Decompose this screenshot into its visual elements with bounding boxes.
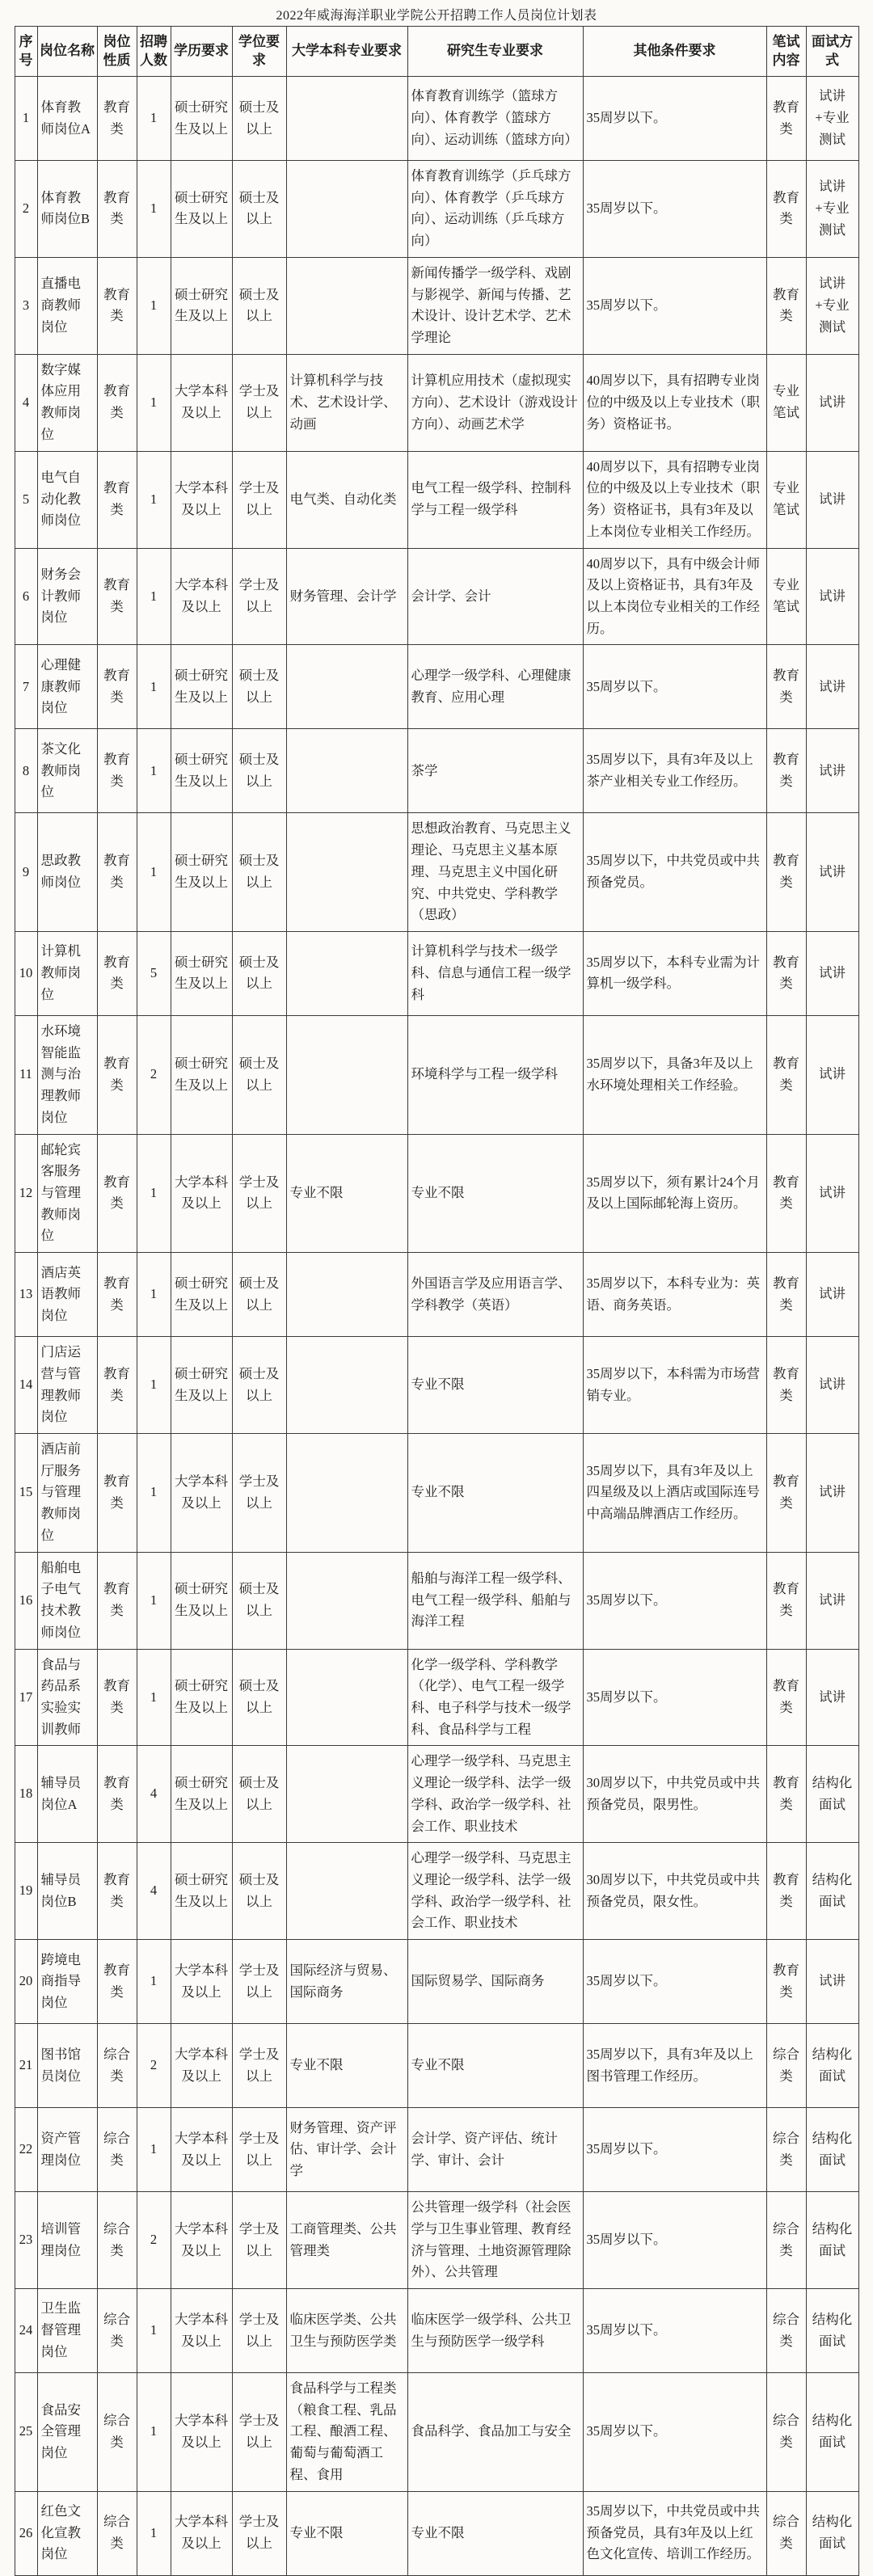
cell-degree: 硕士及以上 <box>232 645 286 729</box>
cell-undergrad: 专业不限 <box>286 2024 407 2108</box>
cell-undergrad <box>286 1552 407 1649</box>
cell-education: 大学本科及以上 <box>171 2373 232 2492</box>
cell-undergrad: 财务管理、资产评估、审计学、会计学 <box>286 2108 407 2192</box>
cell-written: 综合类 <box>766 2024 806 2108</box>
cell-seq: 9 <box>15 813 37 932</box>
column-header-interview: 面试方式 <box>806 27 858 77</box>
table-row: 8茶文化教师岗位教育类1硕士研究生及以上硕士及以上茶学35周岁以下，具有3年及以… <box>15 729 858 813</box>
cell-education: 大学本科及以上 <box>171 2024 232 2108</box>
cell-interview: 结构化面试 <box>806 2491 858 2575</box>
cell-written: 教育类 <box>766 1134 806 1253</box>
cell-degree: 学士及以上 <box>232 1940 286 2024</box>
cell-education: 大学本科及以上 <box>171 1940 232 2024</box>
cell-interview: 试讲 <box>806 1134 858 1253</box>
cell-undergrad: 临床医学类、公共卫生与预防医学类 <box>286 2289 407 2373</box>
cell-name: 门店运营与管理教师岗位 <box>37 1337 97 1434</box>
cell-nature: 教育类 <box>97 77 137 161</box>
cell-count: 2 <box>137 2024 171 2108</box>
cell-nature: 综合类 <box>97 2024 137 2108</box>
column-header-seq: 序号 <box>15 27 37 77</box>
cell-seq: 21 <box>15 2024 37 2108</box>
cell-degree: 学士及以上 <box>232 2373 286 2492</box>
cell-other: 35周岁以下，须有累计24个月及以上国际邮轮海上资历。 <box>583 1134 766 1253</box>
cell-name: 红色文化宣教岗位 <box>37 2491 97 2575</box>
cell-written: 专业笔试 <box>766 354 806 451</box>
cell-seq: 15 <box>15 1434 37 1553</box>
cell-name: 卫生监督管理岗位 <box>37 2289 97 2373</box>
column-header-nature: 岗位性质 <box>97 27 137 77</box>
cell-name: 财务会计教师岗位 <box>37 548 97 645</box>
cell-count: 4 <box>137 1843 171 1940</box>
cell-count: 1 <box>137 2373 171 2492</box>
cell-nature: 综合类 <box>97 2373 137 2492</box>
cell-graduate: 化学一级学科、学科教学（化学）、电气工程一级学科、电子科学与技术一级学科、食品科… <box>407 1649 583 1746</box>
cell-other: 35周岁以下。 <box>583 2192 766 2289</box>
cell-nature: 教育类 <box>97 1134 137 1253</box>
cell-interview: 试讲+专业测试 <box>806 161 858 258</box>
cell-seq: 7 <box>15 645 37 729</box>
cell-interview: 结构化面试 <box>806 2024 858 2108</box>
cell-nature: 教育类 <box>97 1337 137 1434</box>
cell-graduate: 专业不限 <box>407 2024 583 2108</box>
cell-seq: 19 <box>15 1843 37 1940</box>
cell-nature: 综合类 <box>97 2289 137 2373</box>
cell-written: 教育类 <box>766 1843 806 1940</box>
header-row: 序号岗位名称岗位性质招聘人数学历要求学位要求大学本科专业要求研究生专业要求其他条… <box>15 27 858 77</box>
cell-education: 硕士研究生及以上 <box>171 813 232 932</box>
cell-nature: 教育类 <box>97 1552 137 1649</box>
cell-degree: 硕士及以上 <box>232 1843 286 1940</box>
cell-seq: 3 <box>15 257 37 354</box>
cell-interview: 试讲 <box>806 451 858 548</box>
cell-undergrad <box>286 1843 407 1940</box>
cell-count: 1 <box>137 1337 171 1434</box>
cell-seq: 24 <box>15 2289 37 2373</box>
cell-education: 硕士研究生及以上 <box>171 1843 232 1940</box>
cell-written: 教育类 <box>766 1434 806 1553</box>
cell-graduate: 思想政治教育、马克思主义理论、马克思主义基本原理、马克思主义中国化研究、中共党史… <box>407 813 583 932</box>
table-row: 6财务会计教师岗位教育类1大学本科及以上学士及以上财务管理、会计学会计学、会计4… <box>15 548 858 645</box>
cell-written: 教育类 <box>766 931 806 1015</box>
cell-other: 35周岁以下。 <box>583 1649 766 1746</box>
column-header-written: 笔试内容 <box>766 27 806 77</box>
cell-graduate: 外国语言学及应用语言学、学科教学（英语） <box>407 1253 583 1337</box>
cell-name: 辅导员岗位B <box>37 1843 97 1940</box>
cell-graduate: 环境科学与工程一级学科 <box>407 1015 583 1134</box>
cell-undergrad: 专业不限 <box>286 1134 407 1253</box>
table-row: 3直播电商教师岗位教育类1硕士研究生及以上硕士及以上新闻传播学一级学科、戏剧与影… <box>15 257 858 354</box>
cell-interview: 试讲+专业测试 <box>806 257 858 354</box>
cell-undergrad <box>286 1649 407 1746</box>
cell-seq: 17 <box>15 1649 37 1746</box>
cell-nature: 教育类 <box>97 813 137 932</box>
cell-written: 教育类 <box>766 1015 806 1134</box>
cell-degree: 学士及以上 <box>232 2024 286 2108</box>
cell-count: 1 <box>137 548 171 645</box>
cell-written: 教育类 <box>766 729 806 813</box>
cell-name: 酒店前厅服务与管理教师岗位 <box>37 1434 97 1553</box>
table-row: 5电气自动化教师岗位教育类1大学本科及以上学士及以上电气类、自动化类电气工程一级… <box>15 451 858 548</box>
cell-graduate: 临床医学一级学科、公共卫生与预防医学一级学科 <box>407 2289 583 2373</box>
cell-graduate: 心理学一级学科、马克思主义理论一级学科、法学一级学科、政治学一级学科、社会工作、… <box>407 1746 583 1843</box>
cell-seq: 8 <box>15 729 37 813</box>
cell-nature: 教育类 <box>97 1940 137 2024</box>
cell-count: 1 <box>137 2108 171 2192</box>
cell-interview: 试讲 <box>806 1649 858 1746</box>
cell-seq: 11 <box>15 1015 37 1134</box>
cell-written: 综合类 <box>766 2289 806 2373</box>
cell-undergrad <box>286 1015 407 1134</box>
cell-education: 硕士研究生及以上 <box>171 645 232 729</box>
cell-other: 35周岁以下，具有3年及以上四星级及以上酒店或国际连号中高端品牌酒店工作经历。 <box>583 1434 766 1553</box>
cell-name: 邮轮宾客服务与管理教师岗位 <box>37 1134 97 1253</box>
cell-graduate: 体育教育训练学（篮球方向）、体育教学（篮球方向）、运动训练（篮球方向） <box>407 77 583 161</box>
cell-education: 大学本科及以上 <box>171 451 232 548</box>
cell-written: 教育类 <box>766 1940 806 2024</box>
cell-seq: 22 <box>15 2108 37 2192</box>
cell-degree: 硕士及以上 <box>232 257 286 354</box>
cell-education: 硕士研究生及以上 <box>171 257 232 354</box>
cell-interview: 结构化面试 <box>806 1843 858 1940</box>
cell-seq: 1 <box>15 77 37 161</box>
cell-degree: 学士及以上 <box>232 548 286 645</box>
cell-name: 图书馆员岗位 <box>37 2024 97 2108</box>
cell-name: 茶文化教师岗位 <box>37 729 97 813</box>
cell-education: 大学本科及以上 <box>171 354 232 451</box>
table-row: 26红色文化宣教岗位综合类1大学本科及以上学士及以上专业不限专业不限35周岁以下… <box>15 2491 858 2575</box>
cell-name: 计算机教师岗位 <box>37 931 97 1015</box>
cell-degree: 硕士及以上 <box>232 1552 286 1649</box>
cell-count: 1 <box>137 2491 171 2575</box>
cell-seq: 13 <box>15 1253 37 1337</box>
cell-education: 硕士研究生及以上 <box>171 1649 232 1746</box>
cell-undergrad: 计算机科学与技术、艺术设计学、动画 <box>286 354 407 451</box>
cell-name: 跨境电商指导岗位 <box>37 1940 97 2024</box>
cell-other: 35周岁以下，本科需为市场营销专业。 <box>583 1337 766 1434</box>
cell-undergrad: 专业不限 <box>286 2491 407 2575</box>
cell-name: 食品安全管理岗位 <box>37 2373 97 2492</box>
cell-education: 大学本科及以上 <box>171 1134 232 1253</box>
cell-count: 2 <box>137 1015 171 1134</box>
cell-graduate: 体育教育训练学（乒乓球方向）、体育教学（乒乓球方向）、运动训练（乒乓球方向） <box>407 161 583 258</box>
cell-name: 培训管理岗位 <box>37 2192 97 2289</box>
cell-undergrad <box>286 77 407 161</box>
cell-degree: 硕士及以上 <box>232 813 286 932</box>
cell-other: 35周岁以下，中共党员或中共预备党员，具有3年及以上红色文化宣传、培训工作经历。 <box>583 2491 766 2575</box>
column-header-name: 岗位名称 <box>37 27 97 77</box>
table-row: 18辅导员岗位A教育类4硕士研究生及以上硕士及以上心理学一级学科、马克思主义理论… <box>15 1746 858 1843</box>
cell-graduate: 茶学 <box>407 729 583 813</box>
cell-interview: 试讲 <box>806 813 858 932</box>
cell-undergrad: 电气类、自动化类 <box>286 451 407 548</box>
cell-other: 35周岁以下。 <box>583 2289 766 2373</box>
table-row: 22资产管理岗位综合类1大学本科及以上学士及以上财务管理、资产评估、审计学、会计… <box>15 2108 858 2192</box>
cell-nature: 教育类 <box>97 354 137 451</box>
cell-undergrad: 国际经济与贸易、国际商务 <box>286 1940 407 2024</box>
cell-interview: 试讲 <box>806 1940 858 2024</box>
cell-name: 资产管理岗位 <box>37 2108 97 2192</box>
cell-count: 5 <box>137 931 171 1015</box>
cell-graduate: 公共管理一级学科（社会医学与卫生事业管理、教育经济与管理、土地资源管理除外）、公… <box>407 2192 583 2289</box>
table-row: 25食品安全管理岗位综合类1大学本科及以上学士及以上食品科学与工程类（粮食工程、… <box>15 2373 858 2492</box>
cell-education: 大学本科及以上 <box>171 1434 232 1553</box>
cell-interview: 试讲 <box>806 1552 858 1649</box>
cell-undergrad <box>286 813 407 932</box>
cell-education: 大学本科及以上 <box>171 2491 232 2575</box>
cell-undergrad <box>286 1434 407 1553</box>
cell-nature: 教育类 <box>97 1015 137 1134</box>
cell-count: 1 <box>137 1434 171 1553</box>
cell-written: 教育类 <box>766 1746 806 1843</box>
cell-name: 数字媒体应用教师岗位 <box>37 354 97 451</box>
cell-other: 35周岁以下，本科专业需为计算机一级学科。 <box>583 931 766 1015</box>
cell-written: 综合类 <box>766 2108 806 2192</box>
cell-seq: 2 <box>15 161 37 258</box>
table-row: 16船舶电子电气技术教师岗位教育类1硕士研究生及以上硕士及以上船舶与海洋工程一级… <box>15 1552 858 1649</box>
cell-other: 35周岁以下。 <box>583 2108 766 2192</box>
cell-graduate: 心理学一级学科、马克思主义理论一级学科、法学一级学科、政治学一级学科、社会工作、… <box>407 1843 583 1940</box>
cell-other: 30周岁以下，中共党员或中共预备党员，限男性。 <box>583 1746 766 1843</box>
cell-degree: 学士及以上 <box>232 354 286 451</box>
cell-interview: 试讲 <box>806 354 858 451</box>
cell-name: 体育教师岗位A <box>37 77 97 161</box>
cell-undergrad <box>286 1253 407 1337</box>
cell-graduate: 电气工程一级学科、控制科学与工程一级学科 <box>407 451 583 548</box>
cell-interview: 试讲 <box>806 645 858 729</box>
cell-interview: 试讲 <box>806 1253 858 1337</box>
cell-degree: 硕士及以上 <box>232 1015 286 1134</box>
cell-education: 大学本科及以上 <box>171 548 232 645</box>
cell-name: 食品与药品系实验实训教师 <box>37 1649 97 1746</box>
table-row: 21图书馆员岗位综合类2大学本科及以上学士及以上专业不限专业不限35周岁以下，具… <box>15 2024 858 2108</box>
cell-count: 1 <box>137 645 171 729</box>
cell-count: 1 <box>137 354 171 451</box>
cell-degree: 学士及以上 <box>232 2108 286 2192</box>
cell-seq: 18 <box>15 1746 37 1843</box>
cell-graduate: 国际贸易学、国际商务 <box>407 1940 583 2024</box>
cell-count: 1 <box>137 77 171 161</box>
cell-graduate: 食品科学、食品加工与安全 <box>407 2373 583 2492</box>
cell-seq: 14 <box>15 1337 37 1434</box>
cell-seq: 23 <box>15 2192 37 2289</box>
cell-other: 35周岁以下，具备3年及以上水环境处理相关工作经验。 <box>583 1015 766 1134</box>
cell-written: 教育类 <box>766 645 806 729</box>
cell-graduate: 专业不限 <box>407 1134 583 1253</box>
cell-nature: 教育类 <box>97 729 137 813</box>
cell-count: 1 <box>137 813 171 932</box>
column-header-education: 学历要求 <box>171 27 232 77</box>
cell-undergrad <box>286 257 407 354</box>
cell-interview: 试讲 <box>806 1337 858 1434</box>
cell-count: 1 <box>137 1552 171 1649</box>
cell-interview: 结构化面试 <box>806 2373 858 2492</box>
cell-nature: 综合类 <box>97 2192 137 2289</box>
cell-name: 酒店英语教师岗位 <box>37 1253 97 1337</box>
cell-nature: 教育类 <box>97 1746 137 1843</box>
cell-nature: 教育类 <box>97 645 137 729</box>
column-header-degree: 学位要求 <box>232 27 286 77</box>
cell-graduate: 专业不限 <box>407 2491 583 2575</box>
cell-name: 心理健康教师岗位 <box>37 645 97 729</box>
cell-graduate: 新闻传播学一级学科、戏剧与影视学、新闻与传播、艺术设计、设计艺术学、艺术学理论 <box>407 257 583 354</box>
cell-name: 辅导员岗位A <box>37 1746 97 1843</box>
cell-undergrad <box>286 729 407 813</box>
cell-nature: 教育类 <box>97 451 137 548</box>
cell-written: 教育类 <box>766 1649 806 1746</box>
cell-interview: 试讲 <box>806 1015 858 1134</box>
table-body: 1体育教师岗位A教育类1硕士研究生及以上硕士及以上体育教育训练学（篮球方向）、体… <box>15 77 858 2576</box>
cell-nature: 教育类 <box>97 257 137 354</box>
cell-undergrad <box>286 161 407 258</box>
cell-count: 1 <box>137 1940 171 2024</box>
cell-seq: 16 <box>15 1552 37 1649</box>
cell-other: 35周岁以下。 <box>583 77 766 161</box>
table-row: 12邮轮宾客服务与管理教师岗位教育类1大学本科及以上学士及以上专业不限专业不限3… <box>15 1134 858 1253</box>
cell-education: 硕士研究生及以上 <box>171 1337 232 1434</box>
table-row: 4数字媒体应用教师岗位教育类1大学本科及以上学士及以上计算机科学与技术、艺术设计… <box>15 354 858 451</box>
cell-seq: 5 <box>15 451 37 548</box>
cell-other: 30周岁以下，中共党员或中共预备党员，限女性。 <box>583 1843 766 1940</box>
cell-graduate: 专业不限 <box>407 1434 583 1553</box>
cell-graduate: 会计学、资产评估、统计学、审计、会计 <box>407 2108 583 2192</box>
column-header-other: 其他条件要求 <box>583 27 766 77</box>
table-row: 24卫生监督管理岗位综合类1大学本科及以上学士及以上临床医学类、公共卫生与预防医… <box>15 2289 858 2373</box>
cell-count: 1 <box>137 257 171 354</box>
cell-education: 硕士研究生及以上 <box>171 1746 232 1843</box>
cell-graduate: 计算机应用技术（虚拟现实方向）、艺术设计（游戏设计方向）、动画艺术学 <box>407 354 583 451</box>
cell-written: 教育类 <box>766 1552 806 1649</box>
table-row: 19辅导员岗位B教育类4硕士研究生及以上硕士及以上心理学一级学科、马克思主义理论… <box>15 1843 858 1940</box>
table-row: 7心理健康教师岗位教育类1硕士研究生及以上硕士及以上心理学一级学科、心理健康教育… <box>15 645 858 729</box>
cell-name: 电气自动化教师岗位 <box>37 451 97 548</box>
cell-name: 水环境智能监测与治理教师岗位 <box>37 1015 97 1134</box>
cell-other: 35周岁以下，具有3年及以上图书管理工作经历。 <box>583 2024 766 2108</box>
cell-interview: 结构化面试 <box>806 2108 858 2192</box>
cell-interview: 试讲 <box>806 729 858 813</box>
cell-count: 1 <box>137 729 171 813</box>
table-row: 1体育教师岗位A教育类1硕士研究生及以上硕士及以上体育教育训练学（篮球方向）、体… <box>15 77 858 161</box>
cell-seq: 26 <box>15 2491 37 2575</box>
cell-count: 1 <box>137 1253 171 1337</box>
cell-degree: 硕士及以上 <box>232 77 286 161</box>
cell-undergrad <box>286 645 407 729</box>
cell-education: 硕士研究生及以上 <box>171 729 232 813</box>
cell-degree: 硕士及以上 <box>232 729 286 813</box>
cell-degree: 硕士及以上 <box>232 1649 286 1746</box>
cell-name: 体育教师岗位B <box>37 161 97 258</box>
cell-education: 硕士研究生及以上 <box>171 161 232 258</box>
cell-undergrad <box>286 1746 407 1843</box>
cell-count: 1 <box>137 451 171 548</box>
cell-seq: 25 <box>15 2373 37 2492</box>
cell-name: 直播电商教师岗位 <box>37 257 97 354</box>
cell-education: 大学本科及以上 <box>171 2289 232 2373</box>
cell-name: 船舶电子电气技术教师岗位 <box>37 1552 97 1649</box>
cell-education: 硕士研究生及以上 <box>171 1552 232 1649</box>
cell-education: 大学本科及以上 <box>171 2108 232 2192</box>
cell-other: 35周岁以下，中共党员或中共预备党员。 <box>583 813 766 932</box>
column-header-undergrad: 大学本科专业要求 <box>286 27 407 77</box>
cell-count: 1 <box>137 161 171 258</box>
table-row: 11水环境智能监测与治理教师岗位教育类2硕士研究生及以上硕士及以上环境科学与工程… <box>15 1015 858 1134</box>
column-header-count: 招聘人数 <box>137 27 171 77</box>
cell-degree: 硕士及以上 <box>232 1337 286 1434</box>
cell-written: 教育类 <box>766 1337 806 1434</box>
cell-interview: 结构化面试 <box>806 2289 858 2373</box>
cell-education: 大学本科及以上 <box>171 2192 232 2289</box>
cell-name: 思政教师岗位 <box>37 813 97 932</box>
cell-education: 硕士研究生及以上 <box>171 1253 232 1337</box>
cell-undergrad <box>286 1337 407 1434</box>
cell-nature: 综合类 <box>97 2108 137 2192</box>
cell-degree: 硕士及以上 <box>232 161 286 258</box>
cell-nature: 教育类 <box>97 548 137 645</box>
cell-nature: 教育类 <box>97 1434 137 1553</box>
table-row: 2体育教师岗位B教育类1硕士研究生及以上硕士及以上体育教育训练学（乒乓球方向）、… <box>15 161 858 258</box>
page-title: 2022年威海海洋职业学院公开招聘工作人员岗位计划表 <box>0 3 873 26</box>
cell-degree: 硕士及以上 <box>232 931 286 1015</box>
table-row: 20跨境电商指导岗位教育类1大学本科及以上学士及以上国际经济与贸易、国际商务国际… <box>15 1940 858 2024</box>
cell-degree: 学士及以上 <box>232 2192 286 2289</box>
cell-seq: 10 <box>15 931 37 1015</box>
cell-education: 硕士研究生及以上 <box>171 77 232 161</box>
cell-other: 35周岁以下。 <box>583 257 766 354</box>
cell-count: 1 <box>137 2289 171 2373</box>
table-row: 15酒店前厅服务与管理教师岗位教育类1大学本科及以上学士及以上专业不限35周岁以… <box>15 1434 858 1553</box>
cell-written: 教育类 <box>766 1253 806 1337</box>
cell-written: 综合类 <box>766 2491 806 2575</box>
cell-other: 35周岁以下。 <box>583 2373 766 2492</box>
cell-education: 硕士研究生及以上 <box>171 931 232 1015</box>
cell-other: 35周岁以下。 <box>583 1552 766 1649</box>
recruitment-plan-page: 2022年威海海洋职业学院公开招聘工作人员岗位计划表 序号岗位名称岗位性质招聘人… <box>0 0 873 2576</box>
cell-written: 综合类 <box>766 2373 806 2492</box>
cell-degree: 学士及以上 <box>232 2491 286 2575</box>
cell-degree: 学士及以上 <box>232 2289 286 2373</box>
cell-count: 2 <box>137 2192 171 2289</box>
cell-seq: 12 <box>15 1134 37 1253</box>
table-row: 17食品与药品系实验实训教师教育类1硕士研究生及以上硕士及以上化学一级学科、学科… <box>15 1649 858 1746</box>
cell-nature: 教育类 <box>97 1253 137 1337</box>
cell-count: 1 <box>137 1134 171 1253</box>
cell-written: 综合类 <box>766 2192 806 2289</box>
cell-written: 教育类 <box>766 813 806 932</box>
cell-interview: 结构化面试 <box>806 2192 858 2289</box>
cell-other: 35周岁以下。 <box>583 645 766 729</box>
cell-undergrad: 食品科学与工程类（粮食工程、乳品工程、酿酒工程、葡萄与葡萄酒工程、食用 <box>286 2373 407 2492</box>
table-header: 序号岗位名称岗位性质招聘人数学历要求学位要求大学本科专业要求研究生专业要求其他条… <box>15 27 858 77</box>
cell-seq: 20 <box>15 1940 37 2024</box>
cell-graduate: 心理学一级学科、心理健康教育、应用心理 <box>407 645 583 729</box>
cell-undergrad: 财务管理、会计学 <box>286 548 407 645</box>
cell-nature: 综合类 <box>97 2491 137 2575</box>
cell-graduate: 专业不限 <box>407 1337 583 1434</box>
cell-degree: 硕士及以上 <box>232 1746 286 1843</box>
cell-other: 35周岁以下。 <box>583 1940 766 2024</box>
table-row: 9思政教师岗位教育类1硕士研究生及以上硕士及以上思想政治教育、马克思主义理论、马… <box>15 813 858 932</box>
recruitment-table: 序号岗位名称岗位性质招聘人数学历要求学位要求大学本科专业要求研究生专业要求其他条… <box>15 26 859 2576</box>
table-row: 10计算机教师岗位教育类5硕士研究生及以上硕士及以上计算机科学与技术一级学科、信… <box>15 931 858 1015</box>
cell-graduate: 计算机科学与技术一级学科、信息与通信工程一级学科 <box>407 931 583 1015</box>
cell-degree: 硕士及以上 <box>232 1253 286 1337</box>
cell-written: 教育类 <box>766 77 806 161</box>
cell-count: 1 <box>137 1649 171 1746</box>
column-header-graduate: 研究生专业要求 <box>407 27 583 77</box>
cell-interview: 试讲 <box>806 931 858 1015</box>
table-row: 14门店运营与管理教师岗位教育类1硕士研究生及以上硕士及以上专业不限35周岁以下… <box>15 1337 858 1434</box>
cell-other: 35周岁以下，具有3年及以上茶产业相关专业工作经历。 <box>583 729 766 813</box>
table-row: 23培训管理岗位综合类2大学本科及以上学士及以上工商管理类、公共管理类公共管理一… <box>15 2192 858 2289</box>
